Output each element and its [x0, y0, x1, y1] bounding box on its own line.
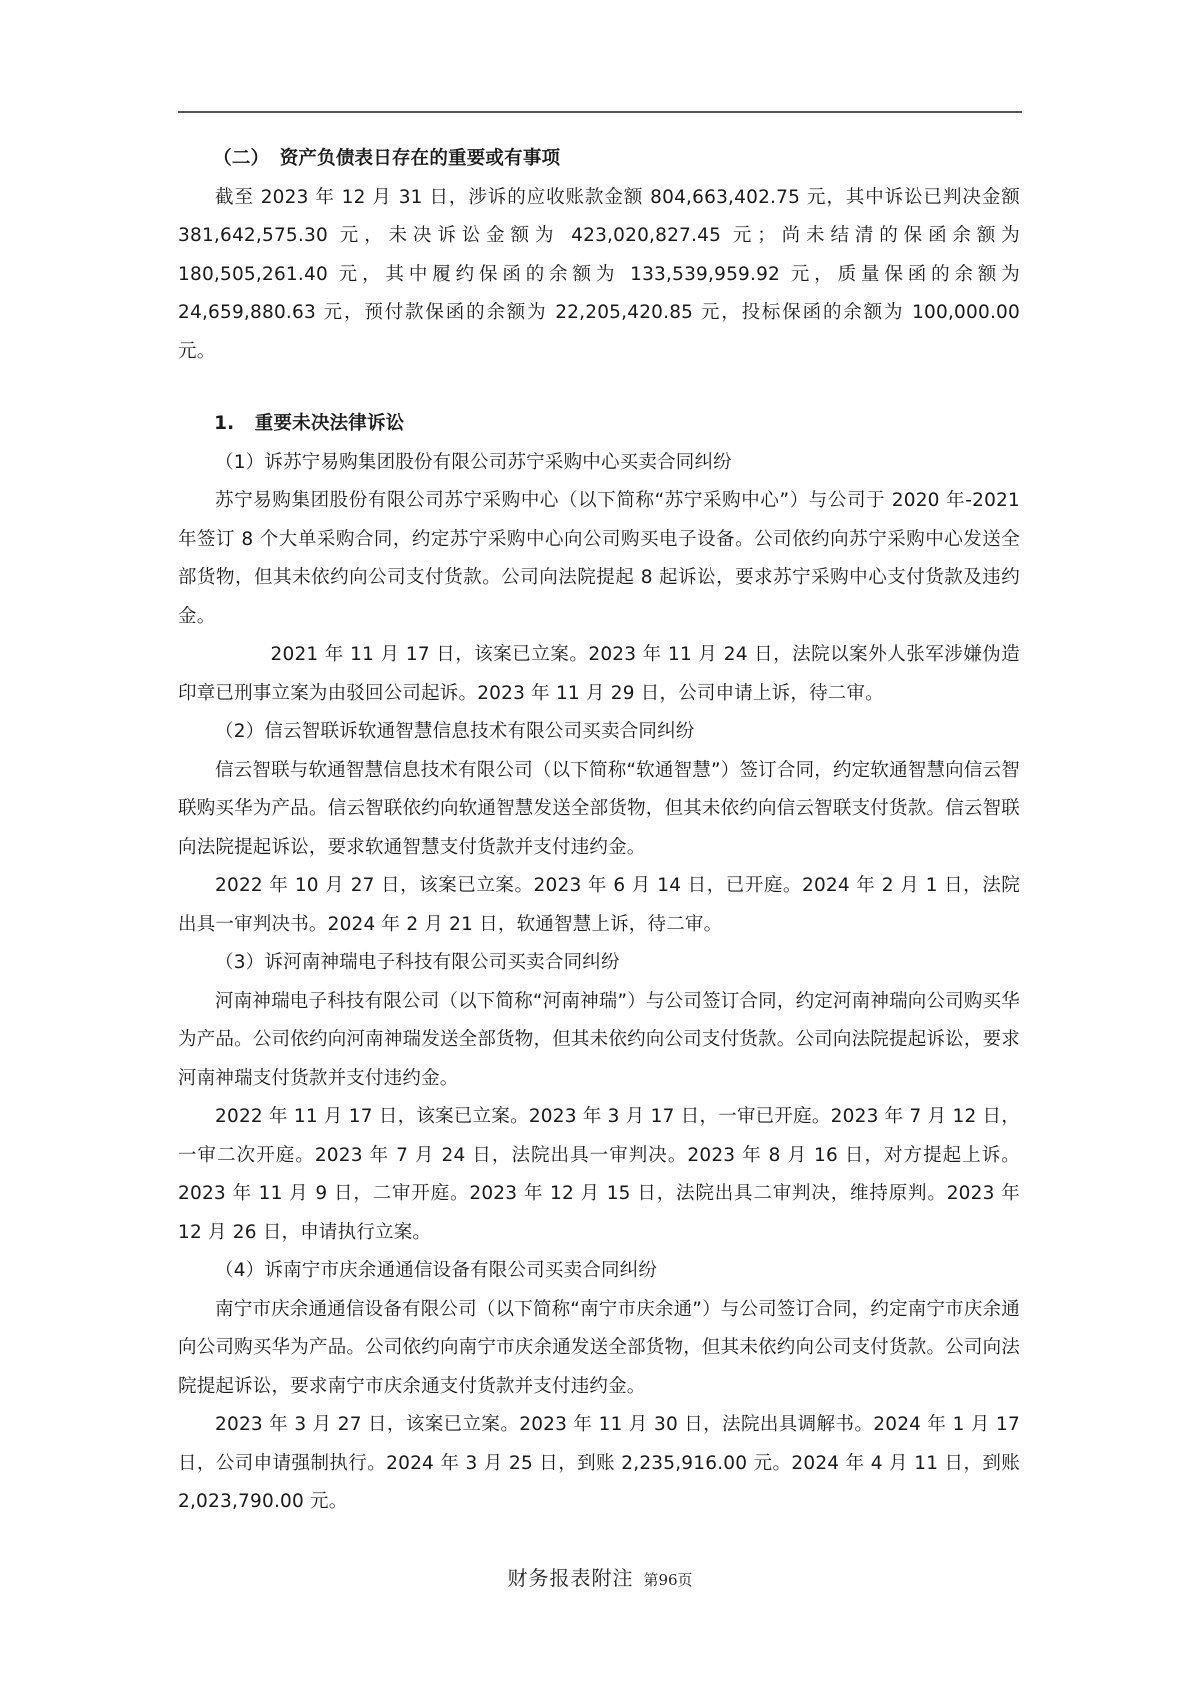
subsection-heading: 1.重要未决法律诉讼 [178, 405, 1020, 444]
page-number: 第96页 [643, 1571, 692, 1589]
case-title: （2）信云智联诉软通智慧信息技术有限公司买卖合同纠纷 [178, 713, 1020, 752]
page-footer: 财务报表附注第96页 [0, 1562, 1200, 1591]
case-progress: 2022 年 10 月 27 日，该案已立案。2023 年 6 月 14 日，已… [178, 867, 1020, 944]
case-description: 南宁市庆余通通信设备有限公司（以下简称“南宁市庆余通”）与公司签订合同，约定南宁… [178, 1291, 1020, 1407]
case-progress: 2021 年 11 月 17 日，该案已立案。2023 年 11 月 24 日，… [178, 636, 1020, 713]
case-description: 河南神瑞电子科技有限公司（以下简称“河南神瑞”）与公司签订合同，约定河南神瑞向公… [178, 983, 1020, 1099]
footer-label: 财务报表附注 [507, 1566, 633, 1590]
spacer [178, 371, 1020, 387]
case-title: （4）诉南宁市庆余通通信设备有限公司买卖合同纠纷 [178, 1252, 1020, 1291]
header-rule [178, 111, 1022, 113]
subsection-number: 1. [214, 405, 255, 444]
case-description: 信云智联与软通智慧信息技术有限公司（以下简称“软通智慧”）签订合同，约定软通智慧… [178, 752, 1020, 868]
document-body: （二）资产负债表日存在的重要或有事项 截至 2023 年 12 月 31 日，涉… [178, 140, 1020, 1522]
case-progress: 2022 年 11 月 17 日，该案已立案。2023 年 3 月 17 日，一… [178, 1098, 1020, 1252]
section-number: （二） [213, 140, 280, 179]
section-heading: （二）资产负债表日存在的重要或有事项 [178, 140, 1020, 179]
section-title: 资产负债表日存在的重要或有事项 [280, 148, 561, 169]
case-title: （1）诉苏宁易购集团股份有限公司苏宁采购中心买卖合同纠纷 [178, 444, 1020, 483]
summary-paragraph: 截至 2023 年 12 月 31 日，涉诉的应收账款金额 804,663,40… [178, 179, 1020, 372]
case-title: （3）诉河南神瑞电子科技有限公司买卖合同纠纷 [178, 944, 1020, 983]
case-progress: 2023 年 3 月 27 日，该案已立案。2023 年 11 月 30 日，法… [178, 1406, 1020, 1522]
case-description: 苏宁易购集团股份有限公司苏宁采购中心（以下简称“苏宁采购中心”）与公司于 202… [178, 482, 1020, 636]
subsection-title: 重要未决法律诉讼 [255, 413, 405, 434]
